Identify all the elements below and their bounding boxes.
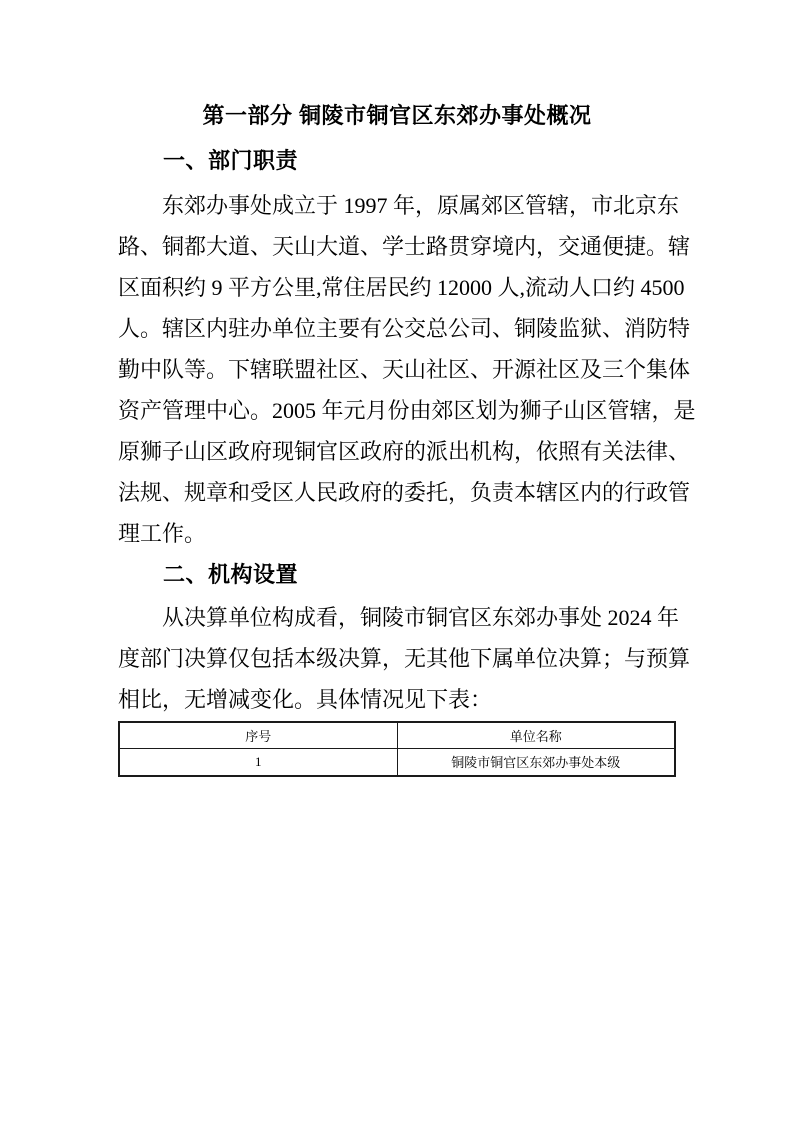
table-cell-unit-name: 铜陵市铜官区东郊办事处本级 bbox=[397, 748, 675, 776]
table-header-index: 序号 bbox=[119, 722, 397, 748]
paragraph-duties: 东郊办事处成立于 1997 年，原属郊区管辖，市北京东 路、铜都大道、天山大道、… bbox=[118, 185, 676, 554]
document-title: 第一部分 铜陵市铜官区东郊办事处概况 bbox=[118, 101, 676, 131]
section-heading-duties: 一、部门职责 bbox=[118, 148, 676, 174]
paragraph-organization: 从决算单位构成看，铜陵市铜官区东郊办事处 2024 年 度部门决算仅包括本级决算… bbox=[118, 597, 676, 720]
table-header-unit-name: 单位名称 bbox=[397, 722, 675, 748]
paragraph-line: 人。辖区内驻办单位主要有公交总公司、铜陵监狱、消防特 bbox=[118, 308, 676, 349]
paragraph-line: 原狮子山区政府现铜官区政府的派出机构，依照有关法律、 bbox=[118, 431, 676, 472]
paragraph-line: 从决算单位构成看，铜陵市铜官区东郊办事处 2024 年 bbox=[118, 597, 676, 638]
units-table: 序号 单位名称 1 铜陵市铜官区东郊办事处本级 bbox=[118, 721, 676, 777]
paragraph-line: 区面积约 9 平方公里,常住居民约 12000 人,流动人口约 4500 bbox=[118, 267, 676, 308]
paragraph-line: 理工作。 bbox=[118, 513, 676, 554]
paragraph-line: 度部门决算仅包括本级决算，无其他下属单位决算；与预算 bbox=[118, 638, 676, 679]
paragraph-line: 相比，无增减变化。具体情况见下表： bbox=[118, 679, 676, 720]
paragraph-line: 勤中队等。下辖联盟社区、天山社区、开源社区及三个集体 bbox=[118, 349, 676, 390]
paragraph-line: 法规、规章和受区人民政府的委托，负责本辖区内的行政管 bbox=[118, 472, 676, 513]
document-page: 第一部分 铜陵市铜官区东郊办事处概况 一、部门职责 东郊办事处成立于 1997 … bbox=[0, 0, 793, 1122]
section-heading-organization: 二、机构设置 bbox=[118, 562, 676, 588]
paragraph-line: 资产管理中心。2005 年元月份由郊区划为狮子山区管辖，是 bbox=[118, 390, 676, 431]
table-header-row: 序号 单位名称 bbox=[119, 722, 675, 748]
paragraph-line: 东郊办事处成立于 1997 年，原属郊区管辖，市北京东 bbox=[118, 185, 676, 226]
table-cell-index: 1 bbox=[119, 748, 397, 776]
table-row: 1 铜陵市铜官区东郊办事处本级 bbox=[119, 748, 675, 776]
paragraph-line: 路、铜都大道、天山大道、学士路贯穿境内，交通便捷。辖 bbox=[118, 226, 676, 267]
